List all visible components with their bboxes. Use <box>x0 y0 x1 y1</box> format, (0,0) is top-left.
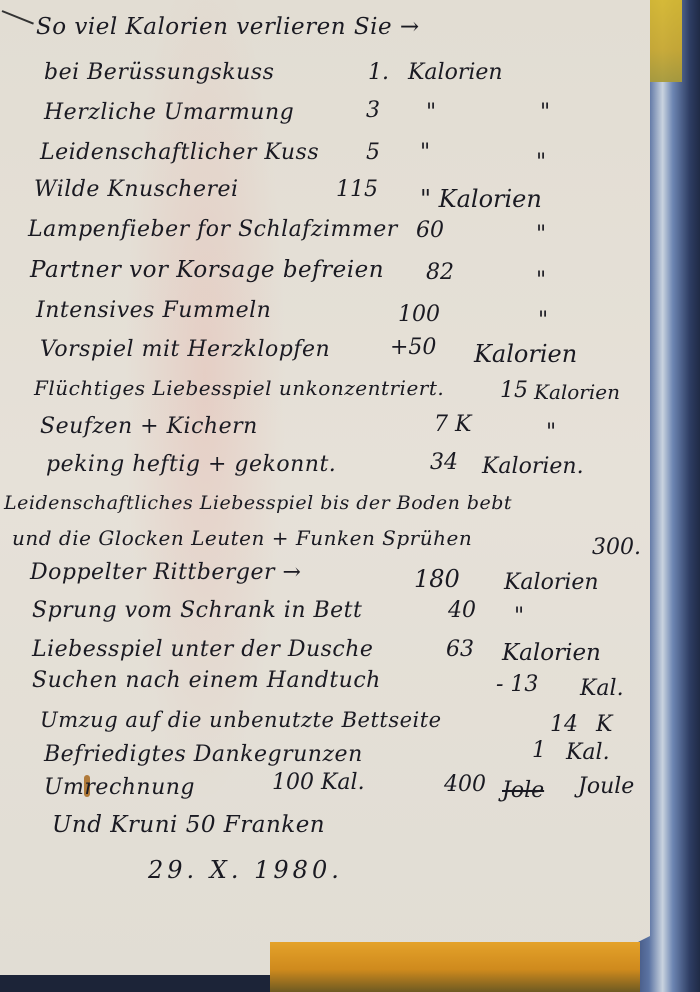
orange-tape-bottom <box>270 942 640 992</box>
entry-unit: Kalorien. <box>482 454 584 479</box>
entry-activity: Flüchtiges Liebesspiel unkonzentriert. <box>34 376 444 400</box>
entry-activity: bei Berüssungskuss <box>44 60 274 85</box>
entry-unit-2: " <box>540 100 550 125</box>
entry-amount: +50 <box>390 335 436 360</box>
entry-amount: 15 <box>500 378 528 403</box>
entry-activity: Vorspiel mit Herzklopfen <box>40 337 330 362</box>
entry-unit: K <box>596 712 612 737</box>
entry-amount: 14 <box>550 712 578 737</box>
entry-unit: Kalorien <box>474 340 577 368</box>
entry-unit: Kalorien <box>504 570 599 595</box>
entry-unit: " Kalorien <box>420 185 542 213</box>
entry-activity: Suchen nach einem Handtuch <box>32 668 381 693</box>
entry-unit: " <box>546 420 556 445</box>
entry-activity: Intensives Fummeln <box>36 298 271 323</box>
entry-unit: " <box>426 100 436 125</box>
entry-amount: 115 <box>336 177 378 202</box>
entry-amount: 82 <box>426 260 454 285</box>
entry-activity: Doppelter Rittberger → <box>30 560 301 585</box>
entry-unit-2: Joule <box>578 774 634 799</box>
entry-unit: Kalorien <box>534 380 620 404</box>
entry-unit: 400 <box>444 772 486 797</box>
entry-activity: Befriedigtes Dankegrunzen <box>44 742 363 767</box>
entry-amount: 7 K <box>434 412 471 437</box>
entry-amount: 1. <box>368 60 389 85</box>
entry-amount: 1 <box>532 738 546 763</box>
entry-activity: Leidenschaftliches Liebesspiel bis der B… <box>4 492 512 514</box>
note-date: 29. X. 1980. <box>148 856 343 884</box>
note-closing: Und Kruni 50 Franken <box>52 812 325 838</box>
entry-unit: " <box>536 222 546 247</box>
entry-amount: 5 <box>366 140 380 165</box>
entry-amount: 180 <box>414 565 460 593</box>
entry-activity: Umzug auf die unbenutzte Bettseite <box>40 708 442 732</box>
entry-unit-2: " <box>536 150 546 175</box>
struck-word: Jole <box>502 778 544 803</box>
entry-activity: peking heftig + gekonnt. <box>46 452 336 477</box>
entry-amount: 63 <box>446 637 474 662</box>
entry-unit: " <box>536 268 546 293</box>
painted-frame-bottom <box>0 972 280 992</box>
entry-activity: und die Glocken Leuten + Funken Sprühen <box>12 526 472 550</box>
entry-activity: Seufzen + Kichern <box>40 414 258 439</box>
entry-activity: Leidenschaftlicher Kuss <box>40 140 319 165</box>
entry-unit: Kalorien <box>502 640 601 666</box>
entry-amount: - 13 <box>496 672 538 697</box>
entry-unit: " <box>538 308 548 333</box>
entry-unit: " <box>420 140 430 165</box>
entry-activity: Liebesspiel unter der Dusche <box>32 637 373 662</box>
entry-amount: 60 <box>416 218 444 243</box>
entry-activity: Sprung vom Schrank in Bett <box>32 598 362 623</box>
entry-amount: 100 Kal. <box>272 770 365 795</box>
entry-amount: 300. <box>592 535 641 560</box>
corner-pen-stroke <box>2 10 34 25</box>
handwritten-note-paper: So viel Kalorien verlieren Sie → bei Ber… <box>0 0 650 975</box>
entry-amount: 100 <box>398 302 440 327</box>
entry-unit: " <box>514 604 524 629</box>
note-heading: So viel Kalorien verlieren Sie → <box>36 14 420 40</box>
entry-activity: Umrechnung <box>44 775 195 800</box>
entry-unit: Kal. <box>580 676 624 701</box>
entry-unit: Kal. <box>566 740 610 765</box>
entry-activity: Lampenfieber for Schlafzimmer <box>28 217 398 242</box>
entry-unit: Kalorien <box>408 60 503 85</box>
entry-activity: Herzliche Umarmung <box>44 100 294 125</box>
entry-amount: 3 <box>366 98 380 123</box>
entry-activity: Partner vor Korsage befreien <box>30 257 384 283</box>
entry-amount: 40 <box>448 598 476 623</box>
entry-activity: Wilde Knuscherei <box>34 177 239 202</box>
entry-amount: 34 <box>430 450 458 475</box>
